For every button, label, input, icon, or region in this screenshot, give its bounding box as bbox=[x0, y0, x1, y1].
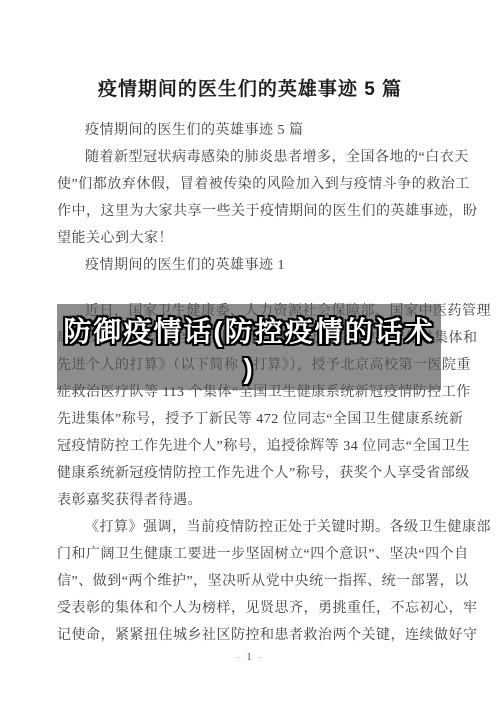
text-line: 门和广阔卫生健康工要进一步坚固树立“四个意识”、坚决“四个自 bbox=[57, 541, 443, 568]
watermark-title-line2: ) bbox=[52, 350, 446, 387]
text-line: 健康系统新冠疫情防控工作先进个人”称号，获奖个人享受省部级 bbox=[57, 460, 443, 487]
text-line: 使”们都放弃休假，冒着被传染的风险加入到与疫情斗争的救治工 bbox=[57, 171, 443, 198]
page-number-value: 1 bbox=[247, 652, 254, 663]
text-line: 先进集体”称号，授予丁新民等 472 位同志“全国卫生健康系统新 bbox=[57, 406, 443, 433]
page-title: 疫情期间的医生们的英雄事迹 5 篇 bbox=[0, 74, 500, 101]
watermark-title: 防御疫情话(防控疫情的话术 ) bbox=[52, 313, 446, 387]
text-line: 疫情期间的医生们的英雄事迹 1 bbox=[57, 252, 443, 279]
text-line: 表彰嘉奖获得者待遇。 bbox=[57, 487, 443, 514]
text-line: 疫情期间的医生们的英雄事迹 5 篇 bbox=[57, 117, 443, 144]
page-number: - 1 - bbox=[0, 651, 500, 665]
text-line: 记使命，紧紧扭住城乡社区防控和患者救治两个关键，连续做好守 bbox=[57, 622, 443, 649]
text-line: 受表彰的集体和个人为榜样，见贤思齐，勇挑重任，不忘初心，牢 bbox=[57, 595, 443, 622]
page-number-right-dash: - bbox=[258, 652, 263, 663]
text-line: 随着新型冠状病毒感染的肺炎患者增多，全国各地的“白衣天 bbox=[57, 144, 443, 171]
text-line: 冠疫情防控工作先进个人”称号，追授徐辉等 34 位同志“全国卫生 bbox=[57, 433, 443, 460]
document-page: 疫情期间的医生们的英雄事迹 5 篇 疫情期间的医生们的英雄事迹 5 篇随着新型冠… bbox=[0, 0, 500, 706]
text-line: 信”、做到“两个维护”，坚决听从党中央统一指挥、统一部署，以 bbox=[57, 568, 443, 595]
watermark-title-line1: 防御疫情话(防控疫情的话术 bbox=[52, 313, 446, 350]
page-number-left-dash: - bbox=[237, 652, 242, 663]
text-line: 作中，这里为大家共享一些关于疫情期间的医生们的英雄事迹，盼 bbox=[57, 198, 443, 225]
text-line: 望能关心到大家！ bbox=[57, 225, 443, 252]
text-line: 《打算》强调，当前疫情防控正处于关键时期。各级卫生健康部 bbox=[57, 514, 443, 541]
